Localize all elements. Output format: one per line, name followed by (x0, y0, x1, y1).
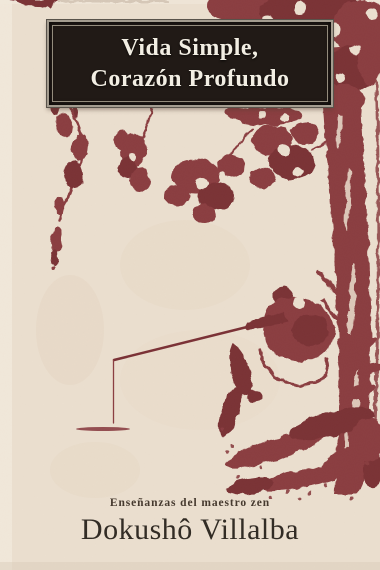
title-line-2: Corazón Profundo (53, 64, 327, 95)
title-plaque: Vida Simple, Corazón Profundo (47, 20, 333, 107)
title-plaque-inner: Vida Simple, Corazón Profundo (52, 25, 328, 102)
subtitle: Enseñanzas del maestro zen (0, 496, 380, 510)
book-cover: Vida Simple, Corazón Profundo Enseñanzas… (0, 0, 380, 570)
title-line-1: Vida Simple, (53, 33, 327, 64)
byline-block: Enseñanzas del maestro zen Dokushô Villa… (0, 496, 380, 547)
author-name: Dokushô Villalba (0, 513, 380, 547)
